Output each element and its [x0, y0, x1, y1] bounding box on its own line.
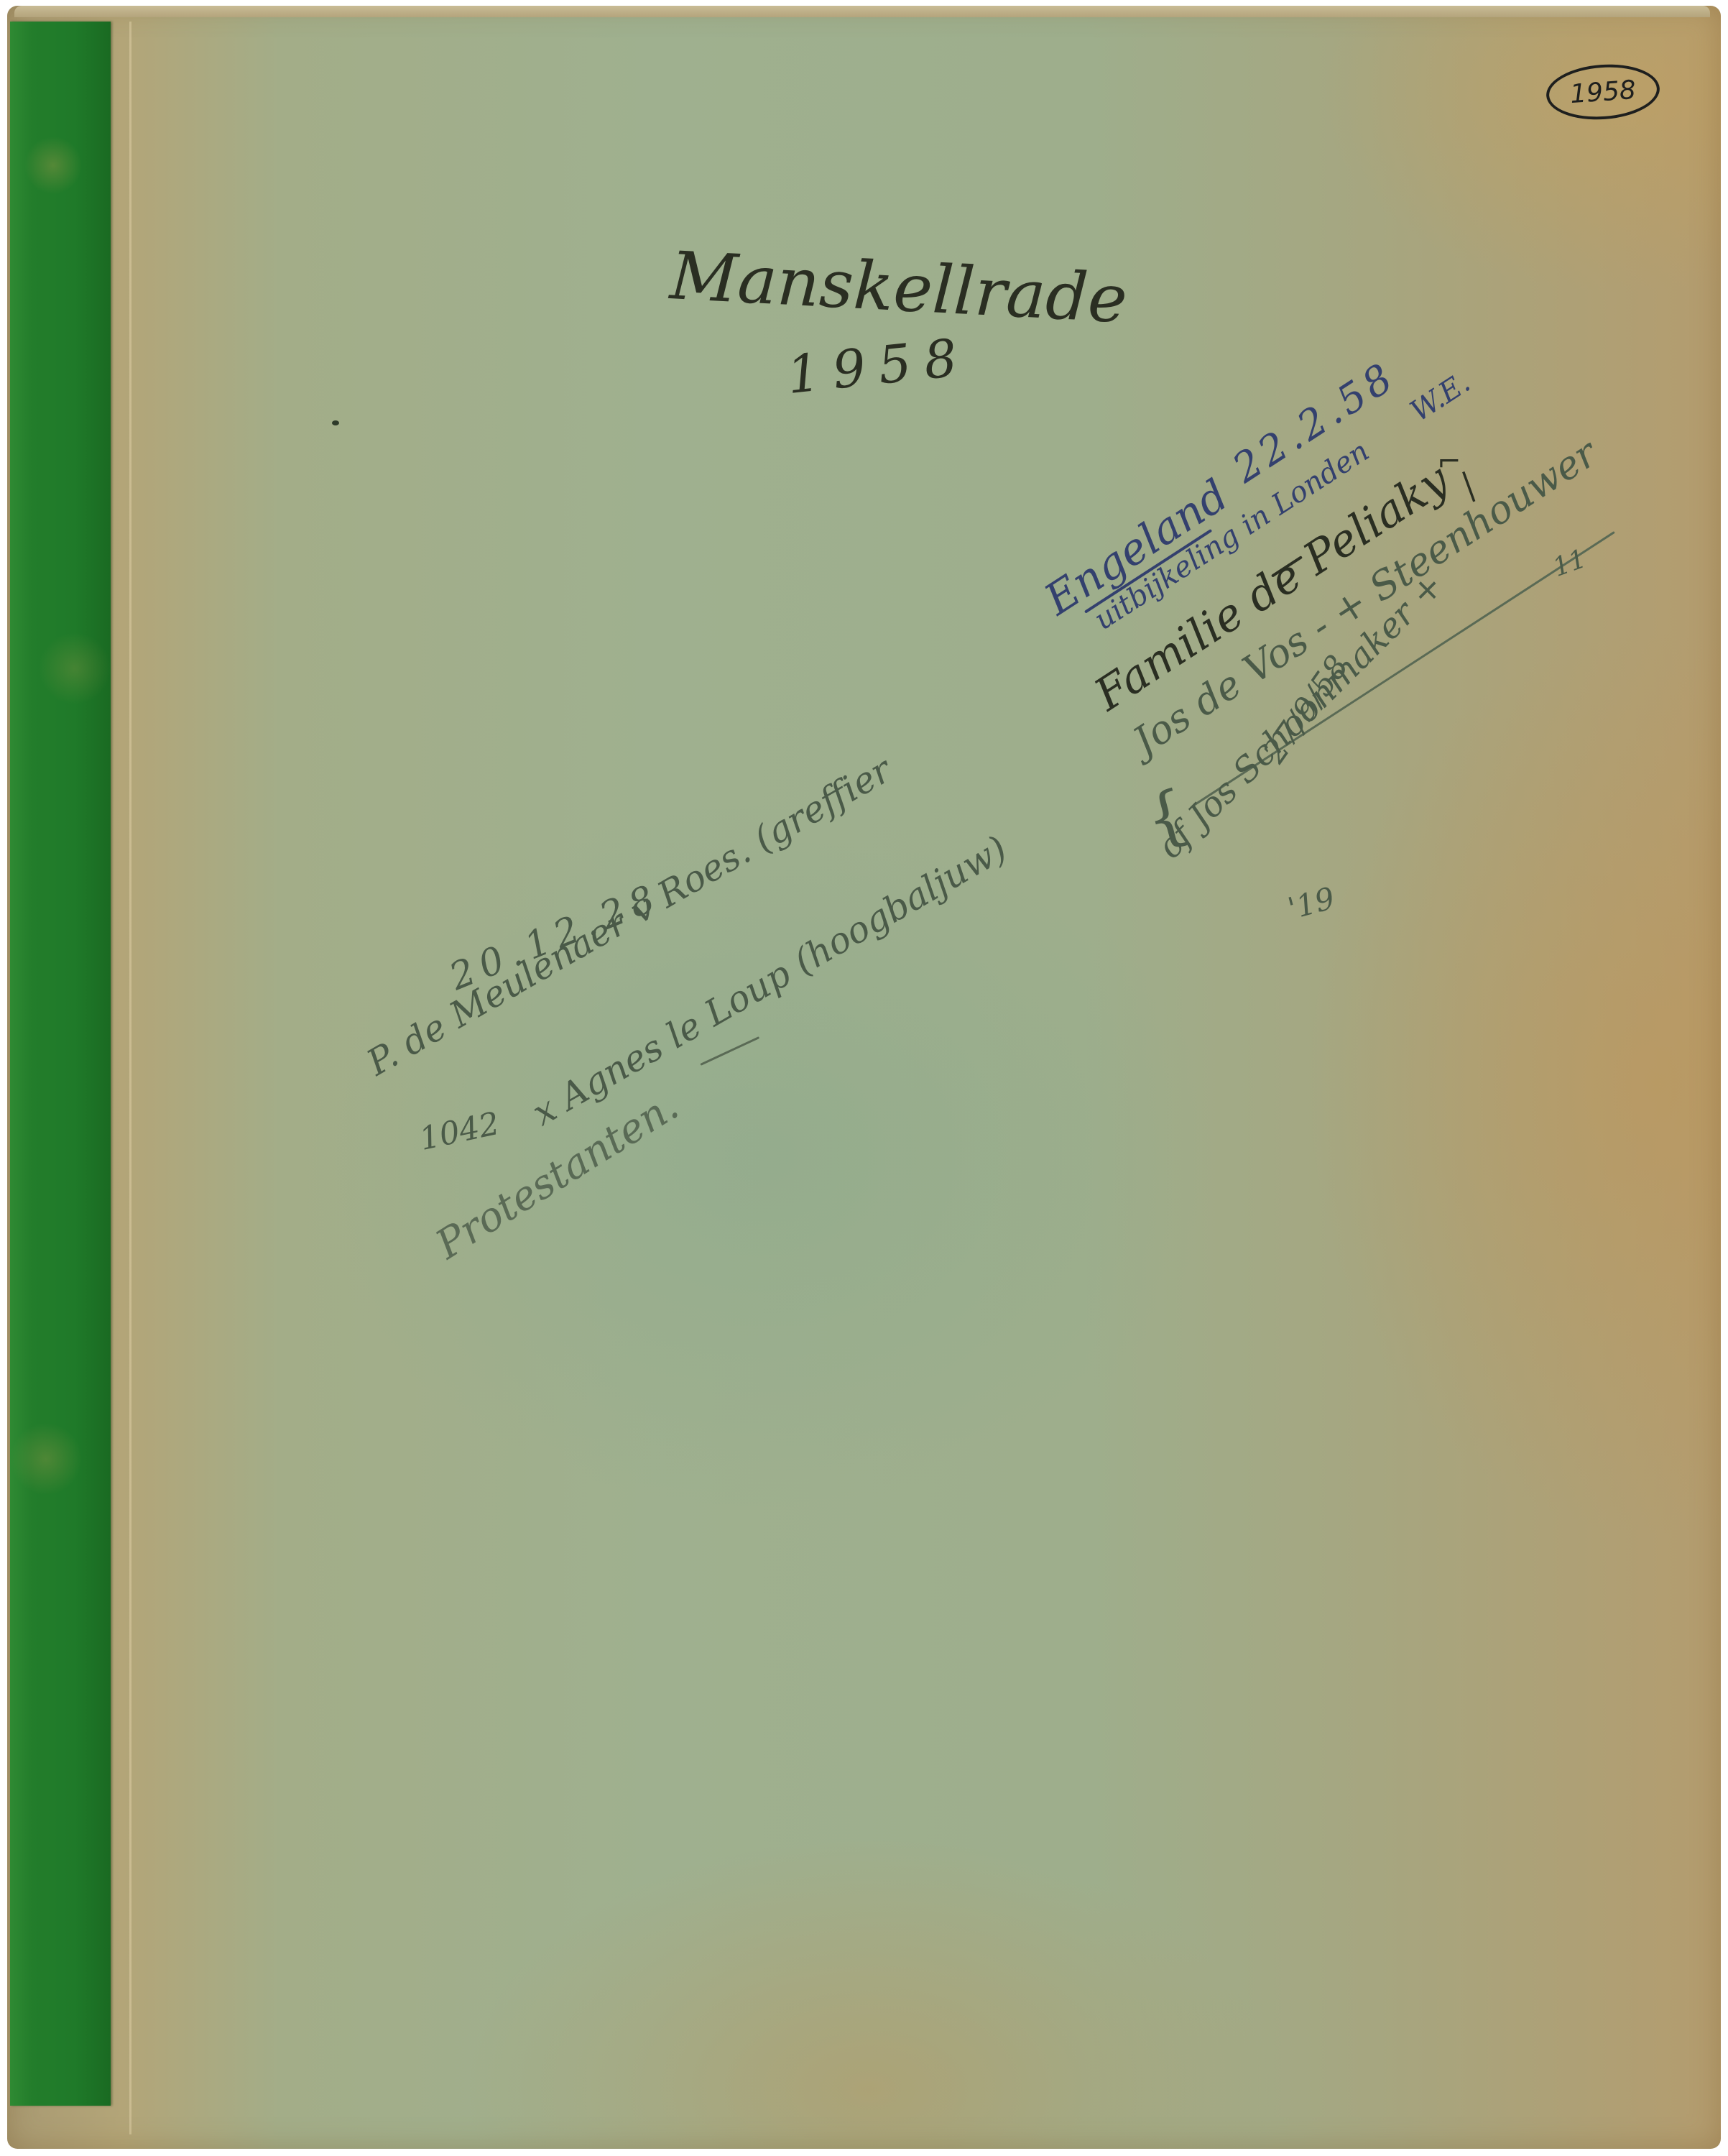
- stamp-year: 1958: [1569, 75, 1637, 109]
- folder-cover: [7, 6, 1721, 2149]
- black-mark-1: ⌐: [1437, 446, 1461, 479]
- cover-top-edge: [14, 6, 1710, 17]
- spine-fold-crease: [129, 22, 131, 2134]
- green-spine-tape: [10, 22, 111, 2106]
- ink-speck: [332, 420, 339, 425]
